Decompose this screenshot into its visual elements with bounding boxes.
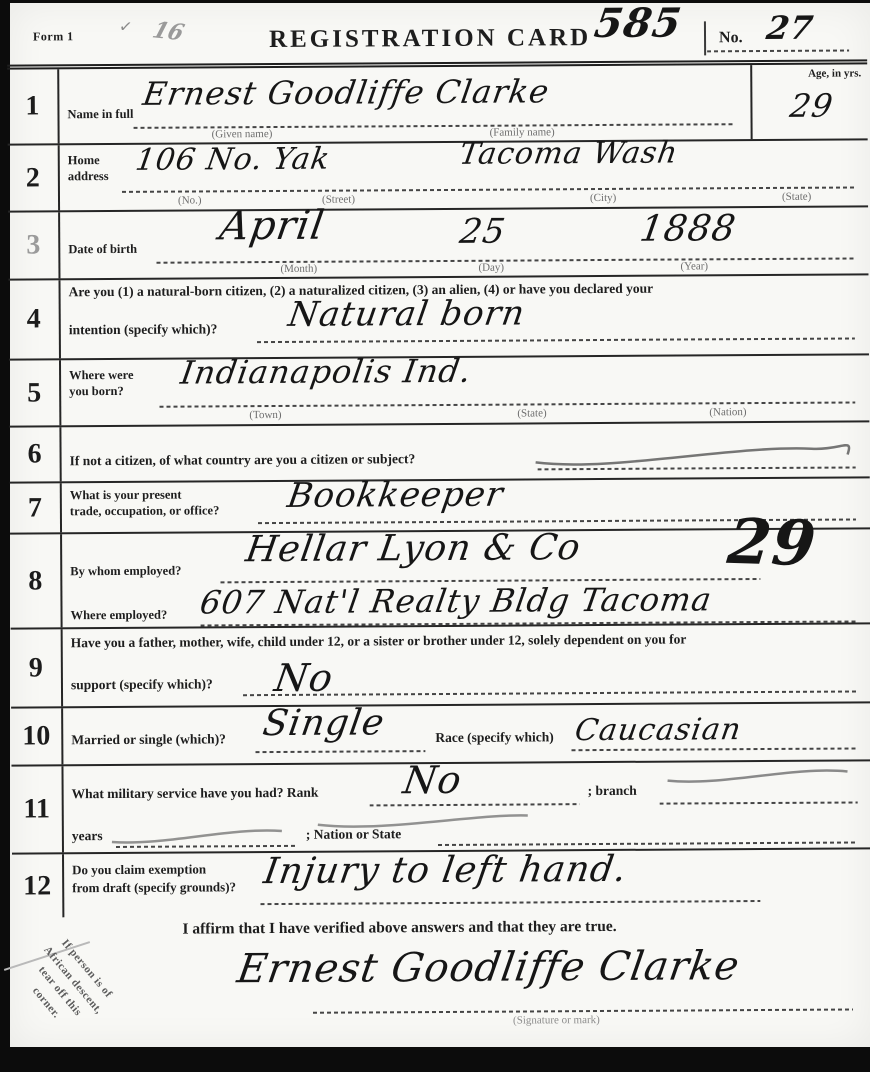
scanned-registration-card: { "header": { "form_label": "Form 1", "p…: [0, 0, 870, 1072]
dotted-line: [260, 900, 760, 905]
row-employer: 8 By whom employed? Hellar Lyon & Co Whe…: [10, 529, 870, 629]
signature-section: Ernest Goodliffe Clarke (Signature or ma…: [13, 940, 870, 1043]
dotted-line: [159, 401, 855, 407]
row-number: 3: [8, 212, 60, 278]
handwritten-rank-answer: No: [400, 758, 465, 802]
handwritten-city-state: Tacoma Wash: [457, 136, 680, 172]
handwritten-name: Ernest Goodliffe Clarke: [140, 72, 552, 113]
handwritten-dependents-answer: No: [272, 656, 337, 700]
citizenship-question-line2: intention (specify which)?: [69, 321, 218, 338]
city-sublabel: (City): [590, 192, 616, 204]
signature-sublabel: (Signature or mark): [513, 1014, 600, 1027]
handwritten-birthplace: Indianapolis Ind.: [178, 352, 474, 392]
row-number: 5: [9, 360, 61, 425]
occupation-label-line2: trade, occupation, or office?: [70, 503, 219, 520]
birthplace-label-line2: you born?: [69, 384, 124, 400]
handwritten-race-answer: Caucasian: [573, 712, 744, 748]
card-header: Form 1 ✓ 16 REGISTRATION CARD 585 No. 27: [7, 0, 867, 69]
row-home-address: 2 Home address 106 No. Yak Tacoma Wash (…: [8, 140, 868, 212]
dob-label: Date of birth: [68, 242, 137, 258]
birthplace-label-line1: Where were: [69, 368, 134, 384]
row-number: 6: [9, 427, 61, 481]
handwritten-age: 29: [788, 87, 837, 125]
form-number-label: Form 1: [33, 29, 74, 44]
pencil-check-mark: ✓: [118, 16, 134, 38]
no-sublabel: (No.): [178, 194, 202, 206]
handwritten-occupation: Bookkeeper: [285, 475, 507, 516]
row-exemption: 12 Do you claim exemption from draft (sp…: [12, 849, 870, 917]
address-label-line2: address: [68, 169, 109, 185]
dotted-line: [660, 801, 858, 804]
handwritten-employer-location: 607 Nat'l Realty Bldg Tacoma: [198, 580, 715, 621]
branch-label: ; branch: [588, 783, 637, 799]
pencil-note: 16: [149, 17, 187, 46]
race-label: Race (specify which): [435, 729, 554, 746]
row-number: 7: [10, 483, 62, 532]
given-name-sublabel: (Given name): [212, 128, 273, 140]
nation-or-state-label: ; Nation or State: [306, 826, 401, 843]
row-birthplace: 5 Where were you born? Indianapolis Ind.…: [9, 355, 869, 427]
dependents-question-line1: Have you a father, mother, wife, child u…: [71, 631, 687, 651]
row-number: 11: [11, 766, 64, 852]
dotted-line: [255, 750, 425, 753]
pen-stroke-years-dash: [108, 823, 288, 850]
row-number: 9: [11, 629, 63, 706]
row-number: 1: [7, 69, 59, 143]
month-sublabel: (Month): [280, 263, 317, 275]
foreign-citizenship-question: If not a citizen, of what country are yo…: [70, 451, 416, 469]
dotted-line: [122, 186, 856, 192]
row-number: 2: [8, 145, 60, 210]
handwritten-citizenship-answer: Natural born: [286, 293, 528, 334]
row-citizenship: 4 Are you (1) a natural-born citizen, (2…: [8, 275, 868, 360]
employer-location-label: Where employed?: [71, 608, 168, 624]
day-sublabel: (Day): [478, 262, 504, 274]
dotted-line: [257, 337, 855, 343]
row-military-service: 11 What military service have you had? R…: [11, 761, 870, 854]
handwritten-street: 106 No. Yak: [133, 142, 333, 178]
handwritten-employer: Hellar Lyon & Co: [243, 527, 584, 570]
year-sublabel: (Year): [680, 260, 708, 272]
nation-sublabel: (Nation): [709, 406, 746, 418]
state-sublabel: (State): [782, 191, 811, 203]
dotted-line: [243, 690, 857, 696]
marital-label: Married or single (which)?: [71, 731, 226, 748]
town-sublabel: (Town): [249, 409, 281, 421]
signature-dotted-line: [313, 1008, 853, 1013]
row-dependents: 9 Have you a father, mother, wife, child…: [11, 624, 870, 708]
handwritten-birth-year: 1888: [637, 208, 739, 250]
row-name: 1 Name in full Ernest Goodliffe Clarke (…: [7, 64, 867, 145]
dotted-line: [370, 803, 580, 806]
row-number: 8: [10, 534, 63, 627]
divider-tick: [704, 21, 706, 55]
age-box: Age, in yrs. 29: [750, 64, 867, 139]
row-number: 10: [11, 708, 63, 764]
card-title: REGISTRATION CARD: [269, 24, 591, 54]
handwritten-exemption-answer: Injury to left hand.: [261, 849, 630, 892]
exemption-label-line1: Do you claim exemption: [72, 861, 206, 878]
dependents-question-line2: support (specify which)?: [71, 676, 213, 693]
employer-label: By whom employed?: [70, 564, 181, 580]
handwritten-signature: Ernest Goodliffe Clarke: [234, 943, 743, 992]
pen-stroke-branch-dash: [663, 761, 853, 788]
handwritten-card-number: 27: [764, 9, 816, 47]
age-label: Age, in yrs.: [808, 67, 861, 79]
handwritten-birth-day: 25: [457, 212, 508, 252]
dotted-line: [156, 257, 854, 263]
no-label: No.: [719, 29, 743, 47]
handwritten-birth-month: April: [217, 203, 328, 250]
dotted-line: [438, 841, 858, 846]
military-question-rank-label: What military service have you had? Rank: [72, 785, 319, 803]
affirmation-text: I affirm that I have verified above answ…: [182, 918, 616, 939]
occupation-label-line1: What is your present: [70, 488, 182, 504]
years-label: years: [72, 828, 103, 844]
registration-card: Form 1 ✓ 16 REGISTRATION CARD 585 No. 27…: [10, 3, 870, 1047]
handwritten-marital-answer: Single: [260, 702, 387, 744]
handwritten-margin-number: 29: [725, 505, 820, 581]
row-number: 4: [8, 280, 60, 358]
row-number: 12: [12, 854, 64, 917]
dotted-line: [707, 49, 849, 52]
name-label: Name in full: [67, 107, 133, 123]
address-label-line1: Home: [68, 153, 100, 169]
pen-stroke-blank-dash: [531, 430, 861, 474]
handwritten-serial-number: 585: [591, 0, 685, 47]
exemption-label-line2: from draft (specify grounds)?: [72, 879, 236, 896]
state-sublabel: (State): [517, 407, 546, 419]
row-date-of-birth: 3 Date of birth April 25 1888 (Month) (D…: [8, 207, 868, 280]
dotted-line: [571, 747, 857, 751]
